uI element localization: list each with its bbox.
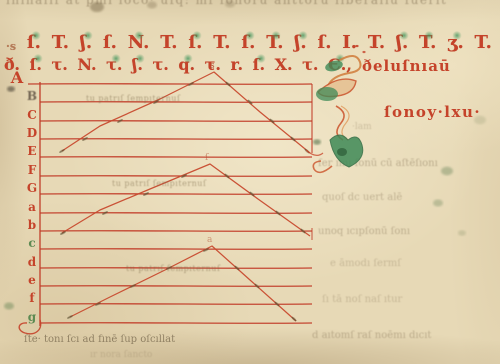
- manuscript-page: sſa ·sſ.T.ʃ.ſ.N.T.ſ.T.ſ.T.ʃ.ſ.I.T.ʃ.T.ʒ.…: [0, 0, 500, 364]
- foliate-ornament-icon: [306, 56, 363, 172]
- marginal-ornament: [0, 0, 500, 364]
